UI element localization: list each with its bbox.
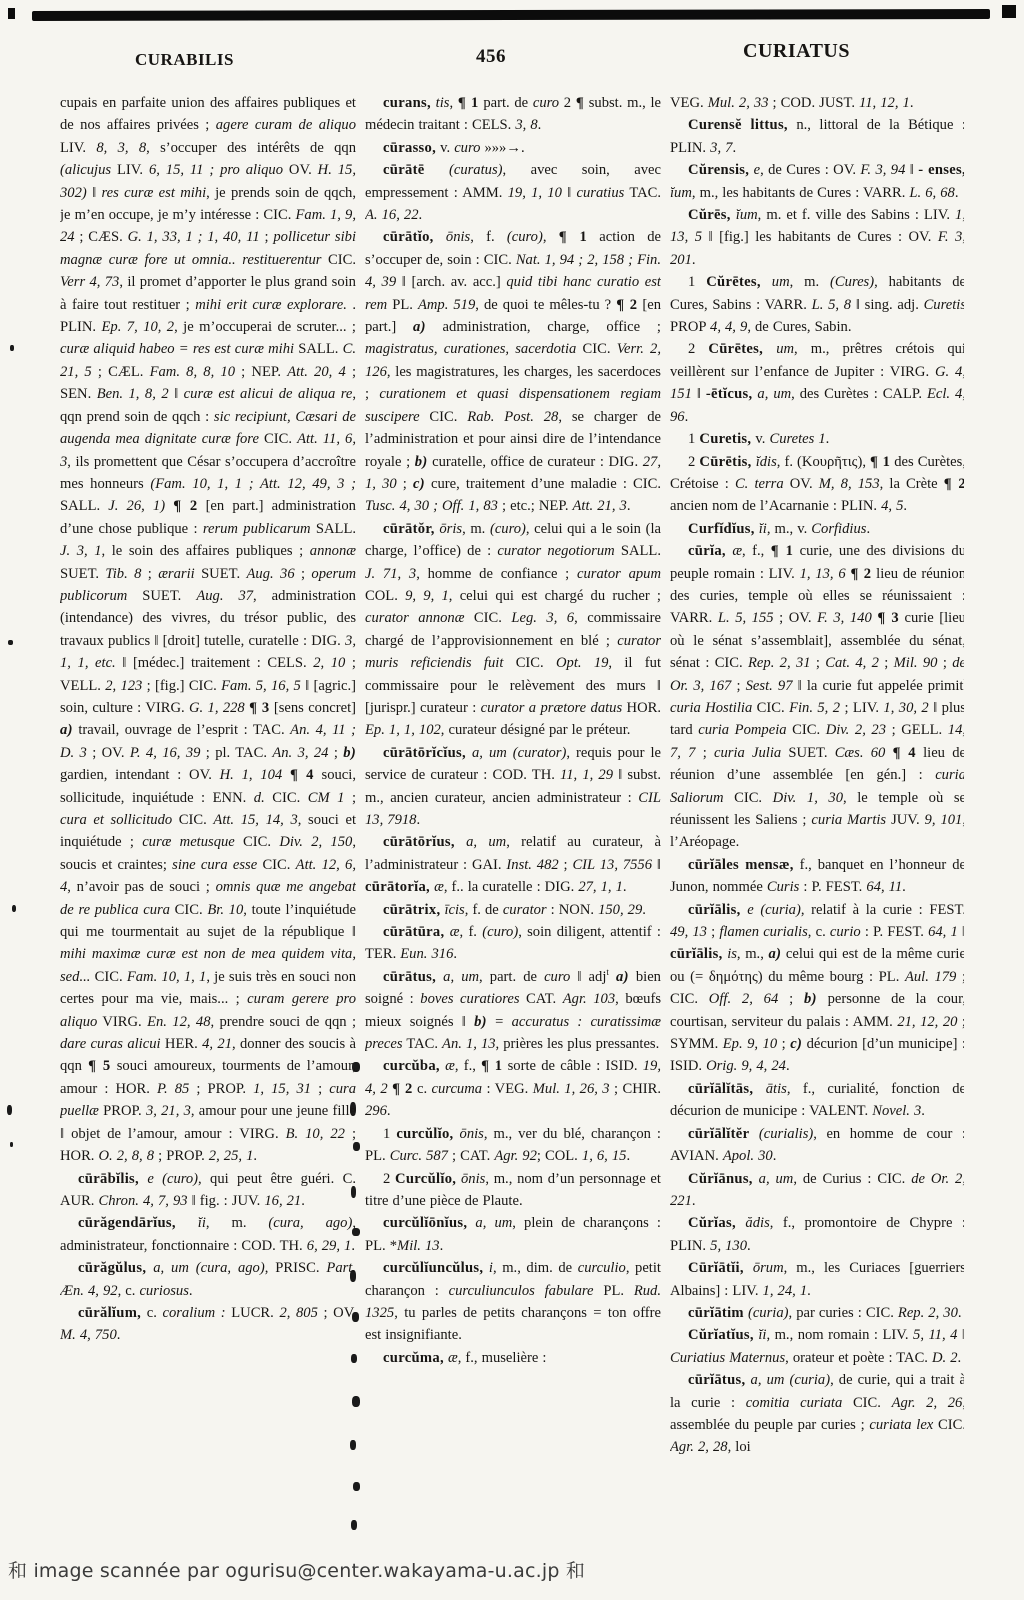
- entry-paragraph: cūrăgŭlus, a, um (cura, ago), PRISC. Par…: [60, 1257, 356, 1302]
- dictionary-page-scan: CURABILIS 456 CURIATUS cupais en parfait…: [0, 0, 1024, 1600]
- entry-paragraph: curcŭlĭōnĭus, a, um, plein de charançons…: [365, 1212, 661, 1257]
- entry-paragraph: VEG. Mul. 2, 33 ; COD. JUST. 11, 12, 1.: [670, 92, 964, 114]
- page-number: 456: [476, 46, 506, 68]
- entry-paragraph: Curfĭdĭus, ĭi, m., v. Corfidius.: [670, 518, 964, 540]
- scan-artifact: [7, 1105, 12, 1115]
- entry-paragraph: cūrĭālĭtĕr (curialis), en homme de cour …: [670, 1123, 964, 1168]
- entry-paragraph: 2 Cūrētes, um, m., prêtres crétois qui v…: [670, 338, 964, 428]
- entry-paragraph: 1 Cŭrētes, um, m. (Cures), habitants de …: [670, 271, 964, 338]
- entry-paragraph: 1 Curetis, v. Curetes 1.: [670, 428, 964, 450]
- entry-paragraph: 1 curcŭlĭo, ōnis, m., ver du blé, charan…: [365, 1123, 661, 1168]
- entry-paragraph: cūrātŏr, ōris, m. (curo), celui qui a le…: [365, 518, 661, 742]
- entry-paragraph: cūrĭātim (curia), par curies : CIC. Rep.…: [670, 1302, 964, 1324]
- entry-paragraph: curans, tis, ¶ 1 part. de curo 2 ¶ subst…: [365, 92, 661, 137]
- entry-paragraph: cūrātĭo, ōnis, f. (curo), ¶ 1 action de …: [365, 226, 661, 517]
- scan-artifact: [12, 905, 16, 912]
- entry-paragraph: Curensĕ littus, n., littoral de la Bétiq…: [670, 114, 964, 159]
- entry-paragraph: Cŭrensis, e, de Cures : OV. F. 3, 94 ‖ -…: [670, 159, 964, 204]
- scan-artifact: [8, 640, 13, 645]
- entry-paragraph: 2 Curcŭlĭo, ōnis, m., nom d’un personnag…: [365, 1168, 661, 1213]
- entry-paragraph: cūrĭālĭtās, ātis, f., curialité, fonctio…: [670, 1078, 964, 1123]
- scan-artifact: [8, 8, 15, 19]
- scan-credit-note: 和 image scannée par ogurisu@center.wakay…: [8, 1556, 585, 1583]
- column-3: VEG. Mul. 2, 33 ; COD. JUST. 11, 12, 1.C…: [670, 92, 964, 1544]
- entry-paragraph: cūrātrix, īcis, f. de curator : NON. 150…: [365, 899, 661, 921]
- entry-paragraph: curcŭlĭuncŭlus, i, m., dim. de curculio,…: [365, 1257, 661, 1347]
- guideword-left: CURABILIS: [135, 50, 234, 70]
- entry-paragraph: Cŭrĭānus, a, um, de Curius : CIC. de Or.…: [670, 1168, 964, 1213]
- entry-paragraph: cūrĭātus, a, um (curia), de curie, qui a…: [670, 1369, 964, 1459]
- entry-paragraph: cupais en parfaite union des affaires pu…: [60, 92, 356, 1168]
- entry-paragraph: Cŭrēs, ĭum, m. et f. ville des Sabins : …: [670, 204, 964, 271]
- guideword-right: CURIATUS: [743, 40, 850, 63]
- entry-paragraph: cūrasso, v. curo »»»→.: [365, 137, 661, 159]
- scan-artifact: [1002, 5, 1016, 18]
- entry-paragraph: Cŭrĭas, ădis, f., promontoire de Chypre …: [670, 1212, 964, 1257]
- scan-artifact-top-bar: [32, 9, 990, 21]
- entry-paragraph: cūrābĭlis, e (curo), qui peut être guéri…: [60, 1168, 356, 1213]
- entry-paragraph: Cŭrĭatĭus, ĭi, m., nom romain : LIV. 5, …: [670, 1324, 964, 1369]
- entry-paragraph: cūrăgendārĭus, ĭi, m. (cura, ago), admin…: [60, 1212, 356, 1257]
- entry-paragraph: cūrātōrĭcĭus, a, um (curator), requis po…: [365, 742, 661, 832]
- scan-artifact: [10, 345, 14, 351]
- scan-artifact: [10, 1142, 13, 1147]
- text-columns: cupais en parfaite union des affaires pu…: [60, 92, 964, 1544]
- column-1: cupais en parfaite union des affaires pu…: [60, 92, 356, 1544]
- entry-paragraph: cūrĭālis, e (curia), relatif à la curie …: [670, 899, 964, 1078]
- entry-paragraph: cūrĭa, æ, f., ¶ 1 curie, une des divisio…: [670, 540, 964, 854]
- entry-paragraph: cūrātē (curatus), avec soin, avec empres…: [365, 159, 661, 226]
- entry-paragraph: cūrĭāles mensæ, f., banquet en l’honneur…: [670, 854, 964, 899]
- entry-paragraph: 2 Cūrētis, ĭdis, f. (Κουρῆτις), ¶ 1 des …: [670, 451, 964, 518]
- entry-paragraph: cūrălĭum, c. coralium : LUCR. 2, 805 ; O…: [60, 1302, 356, 1347]
- entry-paragraph: cūrātōrĭus, a, um, relatif au curateur, …: [365, 831, 661, 898]
- entry-paragraph: cūrātūra, æ, f. (curo), soin diligent, a…: [365, 921, 661, 966]
- entry-paragraph: curcŭba, æ, f., ¶ 1 sorte de câble : ISI…: [365, 1055, 661, 1122]
- entry-paragraph: cūrātus, a, um, part. de curo ‖ adjt a) …: [365, 966, 661, 1056]
- entry-paragraph: curcŭma, æ, f., muselière :: [365, 1347, 661, 1369]
- entry-paragraph: Cūrĭātĭi, ōrum, m., les Curiaces [guerri…: [670, 1257, 964, 1302]
- column-2: curans, tis, ¶ 1 part. de curo 2 ¶ subst…: [365, 92, 661, 1544]
